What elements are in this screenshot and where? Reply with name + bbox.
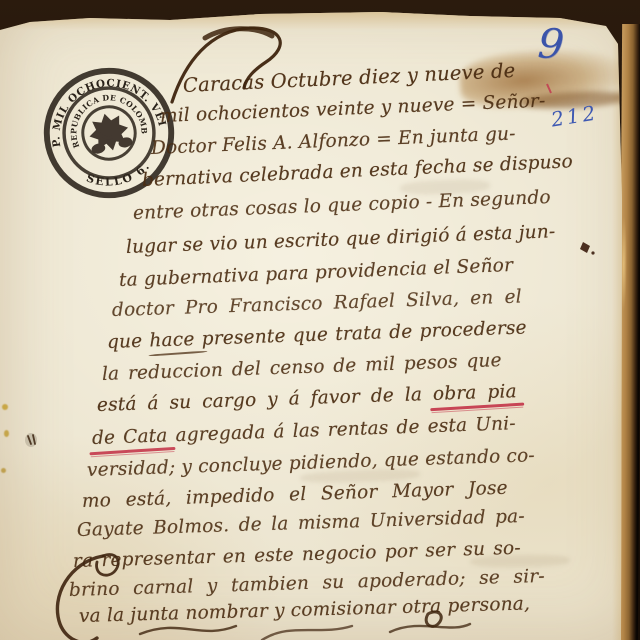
paper-speck <box>2 404 8 410</box>
red-underlined-phrase: de Cata <box>92 425 168 449</box>
photo-background: P. MIL OCHOCIENT. VEIN. SELLO 6. REPUBLI… <box>0 0 640 640</box>
manuscript-text: que <box>107 331 150 353</box>
red-underlined-phrase: obra pia <box>433 381 518 405</box>
seal-coat-of-arms <box>84 109 133 155</box>
foliation-number: 9 <box>536 19 565 69</box>
paper-speck <box>1 468 6 473</box>
ink-underlined-phrase: hace <box>149 329 195 352</box>
paper-speck <box>4 430 9 437</box>
